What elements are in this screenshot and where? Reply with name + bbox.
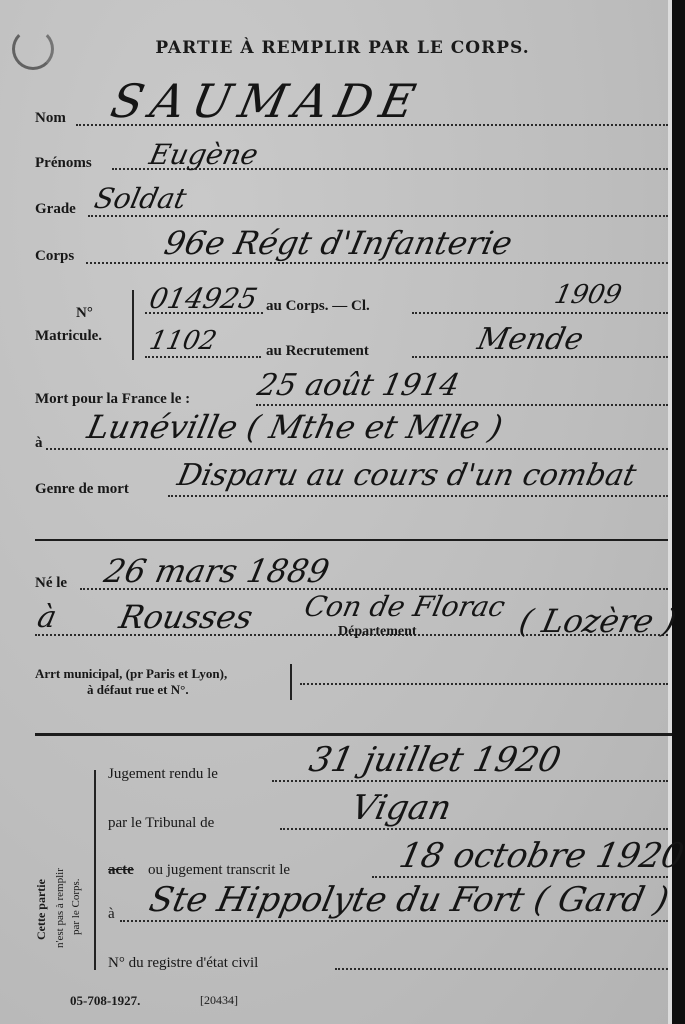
nom-label: Nom bbox=[35, 110, 66, 127]
corps-value: 96e Régt d'Infanterie bbox=[161, 224, 516, 262]
mort-lieu-line bbox=[46, 448, 668, 450]
jugement-rendu-value: 31 juillet 1920 bbox=[306, 740, 565, 780]
ne-canton-value: Con de Florac bbox=[301, 590, 508, 623]
mort-date-value: 25 août 1914 bbox=[254, 368, 462, 403]
section-divider-1 bbox=[35, 539, 668, 541]
genre-mort-label: Genre de mort bbox=[35, 481, 129, 498]
prenoms-label: Prénoms bbox=[35, 155, 92, 172]
print-code: 05-708-1927. bbox=[70, 993, 140, 1009]
side-note-line-1: Cette partie bbox=[34, 879, 49, 940]
mort-lieu-value: Lunéville ( Mthe et Mlle ) bbox=[84, 408, 506, 446]
matricule-label: Matricule. bbox=[35, 328, 102, 345]
acte-struck-label: acte bbox=[108, 862, 134, 879]
tribunal-line bbox=[280, 828, 668, 830]
matricule-corps-label: au Corps. — Cl. bbox=[266, 298, 370, 315]
ne-lieu-value: Rousses bbox=[116, 598, 256, 636]
arr-municipal-line bbox=[300, 683, 668, 685]
arr-municipal-label-2: à défaut rue et N°. bbox=[87, 682, 189, 698]
lieu-label: à bbox=[108, 906, 115, 923]
classe-line bbox=[412, 312, 668, 314]
registre-line bbox=[335, 968, 668, 970]
jugement-brace bbox=[94, 770, 96, 970]
jugement-rendu-line bbox=[272, 780, 668, 782]
prenoms-value: Eugène bbox=[146, 138, 261, 171]
grade-label: Grade bbox=[35, 201, 76, 218]
matricule-corps-value: 014925 bbox=[146, 282, 260, 315]
recrutement-label: au Recrutement bbox=[266, 343, 369, 360]
arr-municipal-label-1: Arrt municipal, (pr Paris et Lyon), bbox=[35, 666, 227, 682]
transcrit-value: 18 octobre 1920 bbox=[396, 836, 685, 876]
mort-date-line bbox=[256, 404, 668, 406]
recrutement-place-value: Mende bbox=[474, 322, 586, 357]
mort-lieu-label: à bbox=[35, 435, 43, 452]
tribunal-label: par le Tribunal de bbox=[108, 815, 214, 832]
genre-mort-value: Disparu au cours d'un combat bbox=[174, 458, 639, 493]
transcrit-line bbox=[372, 876, 668, 878]
arr-municipal-brace bbox=[290, 664, 292, 700]
matricule-brace bbox=[132, 290, 134, 360]
matricule-recrutement-value: 1102 bbox=[147, 326, 220, 356]
side-note-line-3: par le Corps. bbox=[70, 878, 82, 935]
transcrit-label: ou jugement transcrit le bbox=[148, 862, 290, 879]
tribunal-value: Vigan bbox=[348, 788, 455, 828]
matricule-recrutement-line bbox=[145, 356, 261, 358]
lieu-value: Ste Hippolyte du Fort ( Gard ) bbox=[146, 880, 673, 920]
genre-mort-line bbox=[168, 495, 668, 497]
registre-label: N° du registre d'état civil bbox=[108, 955, 258, 972]
jugement-rendu-label: Jugement rendu le bbox=[108, 766, 218, 783]
grade-line bbox=[88, 215, 668, 217]
lieu-line bbox=[120, 920, 668, 922]
classe-value: 1909 bbox=[552, 280, 625, 310]
departement-value: ( Lozère ) bbox=[516, 602, 680, 640]
section-divider-2 bbox=[35, 733, 672, 736]
ne-le-label: Né le bbox=[35, 575, 67, 592]
nom-value: SAUMADE bbox=[106, 74, 428, 128]
form-number: [20434] bbox=[200, 993, 238, 1008]
side-note-line-2: n'est pas à remplir bbox=[54, 868, 66, 948]
ne-le-value: 26 mars 1889 bbox=[101, 552, 333, 590]
mort-date-label: Mort pour la France le : bbox=[35, 391, 190, 408]
grade-value: Soldat bbox=[91, 182, 189, 215]
corps-line bbox=[86, 262, 668, 264]
matricule-no-label: N° bbox=[76, 305, 93, 322]
form-title: PARTIE À REMPLIR PAR LE CORPS. bbox=[0, 38, 685, 58]
corps-label: Corps bbox=[35, 248, 74, 265]
departement-label: Département bbox=[338, 624, 417, 640]
